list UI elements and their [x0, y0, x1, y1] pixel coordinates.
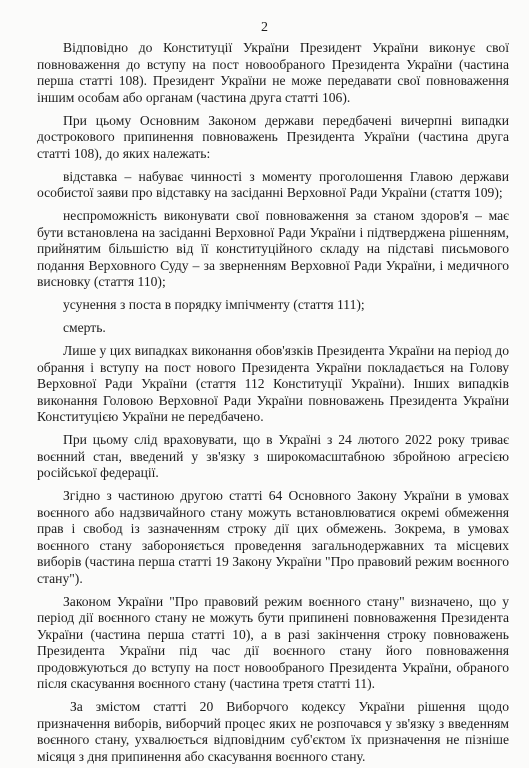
page-number: 2: [0, 20, 529, 36]
list-item-health: неспроможність виконувати свої повноваже…: [37, 208, 509, 291]
paragraph-speaker-duties: Лише у цих випадках виконання обов'язків…: [37, 343, 509, 426]
list-item-resignation: відставка – набуває чинності з моменту п…: [37, 169, 509, 202]
list-item-impeachment: усунення з поста в порядку імпічменту (с…: [37, 297, 509, 314]
paragraph-martial-law: При цьому слід враховувати, що в Україні…: [37, 432, 509, 482]
document-page: 2 Відповідно до Конституції України През…: [0, 0, 529, 768]
paragraph-article-64: Згідно з частиною другою статті 64 Основ…: [37, 488, 509, 587]
document-body: Відповідно до Конституції України Презид…: [37, 40, 509, 768]
paragraph-electoral-code: За змістом статті 20 Виборчого кодексу У…: [37, 699, 509, 765]
paragraph-early-termination: При цьому Основним Законом держави перед…: [37, 113, 509, 163]
paragraph-martial-law-act: Законом України "Про правовий режим воєн…: [37, 594, 509, 693]
list-item-death: смерть.: [37, 320, 509, 337]
paragraph-president-powers: Відповідно до Конституції України Презид…: [37, 40, 509, 106]
